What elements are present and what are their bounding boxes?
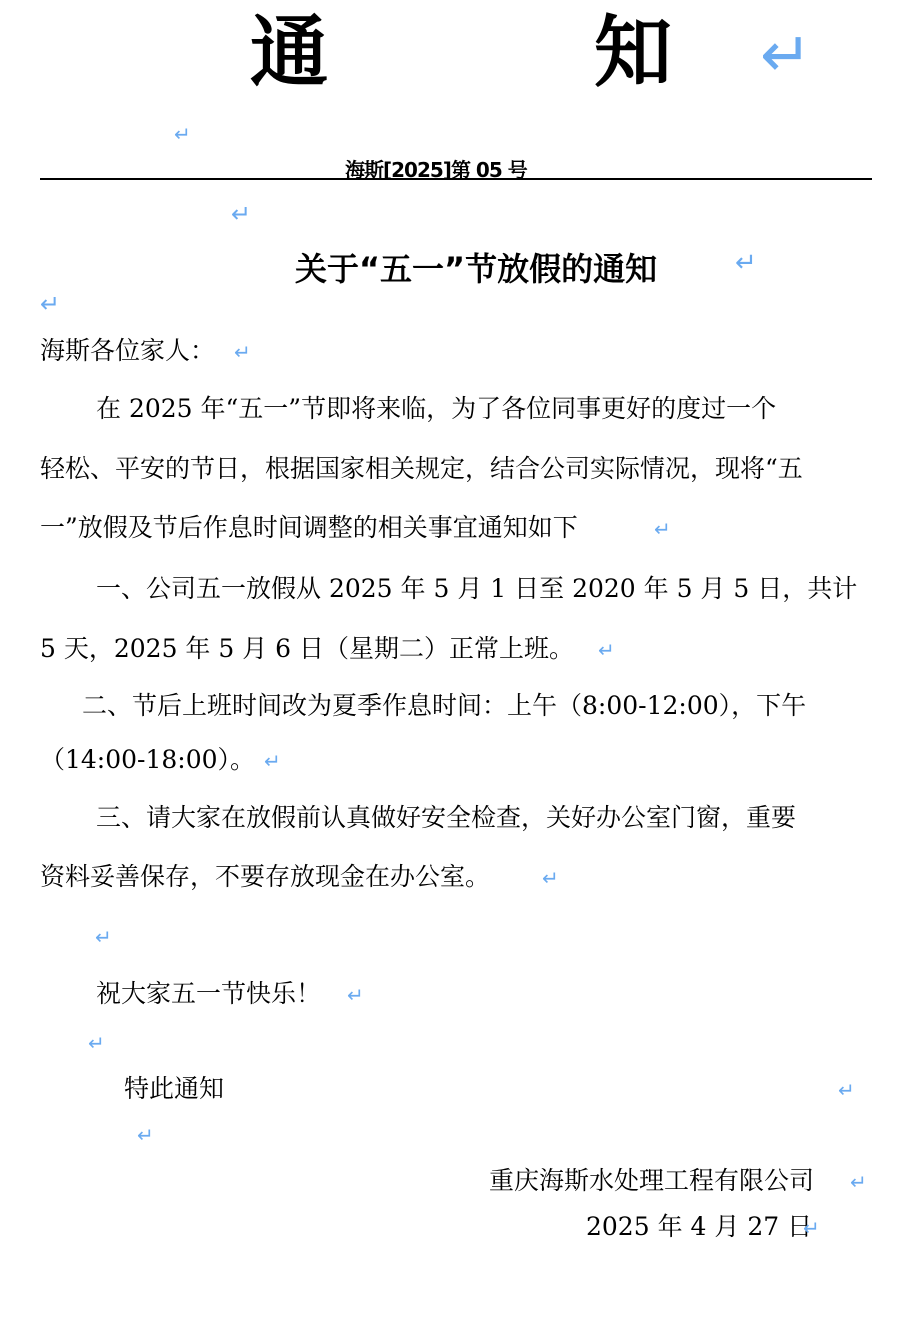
paragraph-mark-icon: ↵ — [137, 1123, 154, 1147]
header-divider — [40, 178, 872, 180]
title-char-left: 通 — [250, 14, 328, 92]
greeting: 祝大家五一节快乐！ — [96, 981, 321, 1006]
intro-line-3: 一”放假及节后作息时间调整的相关事宜通知如下 — [40, 515, 578, 540]
paragraph-mark-icon: ↵ — [174, 122, 191, 146]
item-1-line-2: 5 天，2025 年 5 月 6 日（星期二）正常上班。 — [40, 636, 574, 661]
paragraph-mark-icon: ↵ — [234, 340, 251, 364]
notice-heading: 关于“五一”节放假的通知 — [295, 244, 657, 290]
paragraph-mark-icon: ↵ — [838, 1078, 855, 1102]
paragraph-mark-icon: ↵ — [850, 1170, 867, 1194]
paragraph-mark-icon: ↵ — [40, 290, 60, 318]
intro-line-2: 轻松、平安的节日，根据国家相关规定，结合公司实际情况，现将“五 — [40, 456, 803, 481]
item-3-line-2: 资料妥善保存，不要存放现金在办公室。 — [40, 864, 490, 889]
paragraph-mark-icon: ↵ — [347, 983, 364, 1007]
signature-date: 2025 年 4 月 27 日 — [586, 1214, 812, 1239]
paragraph-mark-icon: ↵ — [654, 517, 671, 541]
item-1-line-1: 一、公司五一放假从 2025 年 5 月 1 日至 2020 年 5 月 5 日… — [96, 576, 857, 601]
paragraph-mark-icon: ↵ — [760, 18, 812, 91]
intro-line-1: 在 2025 年“五一”节即将来临，为了各位同事更好的度过一个 — [96, 396, 776, 421]
paragraph-mark-icon: ↵ — [803, 1216, 820, 1240]
company-name: 重庆海斯水处理工程有限公司 — [489, 1168, 814, 1193]
paragraph-mark-icon: ↵ — [542, 866, 559, 890]
salutation: 海斯各位家人： — [40, 338, 215, 363]
paragraph-mark-icon: ↵ — [231, 200, 251, 228]
paragraph-mark-icon: ↵ — [95, 925, 112, 949]
item-2-line-2: （14:00-18:00）。 — [40, 747, 255, 772]
paragraph-mark-icon: ↵ — [88, 1031, 105, 1055]
paragraph-mark-icon: ↵ — [598, 638, 615, 662]
closing: 特此通知 — [124, 1076, 224, 1101]
item-2-line-1: 二、节后上班时间改为夏季作息时间：上午（8:00-12:00），下午 — [82, 693, 806, 718]
paragraph-mark-icon: ↵ — [264, 749, 281, 773]
item-3-line-1: 三、请大家在放假前认真做好安全检查，关好办公室门窗，重要 — [96, 805, 796, 830]
title-char-right: 知 — [594, 14, 672, 92]
paragraph-mark-icon: ↵ — [735, 248, 757, 278]
